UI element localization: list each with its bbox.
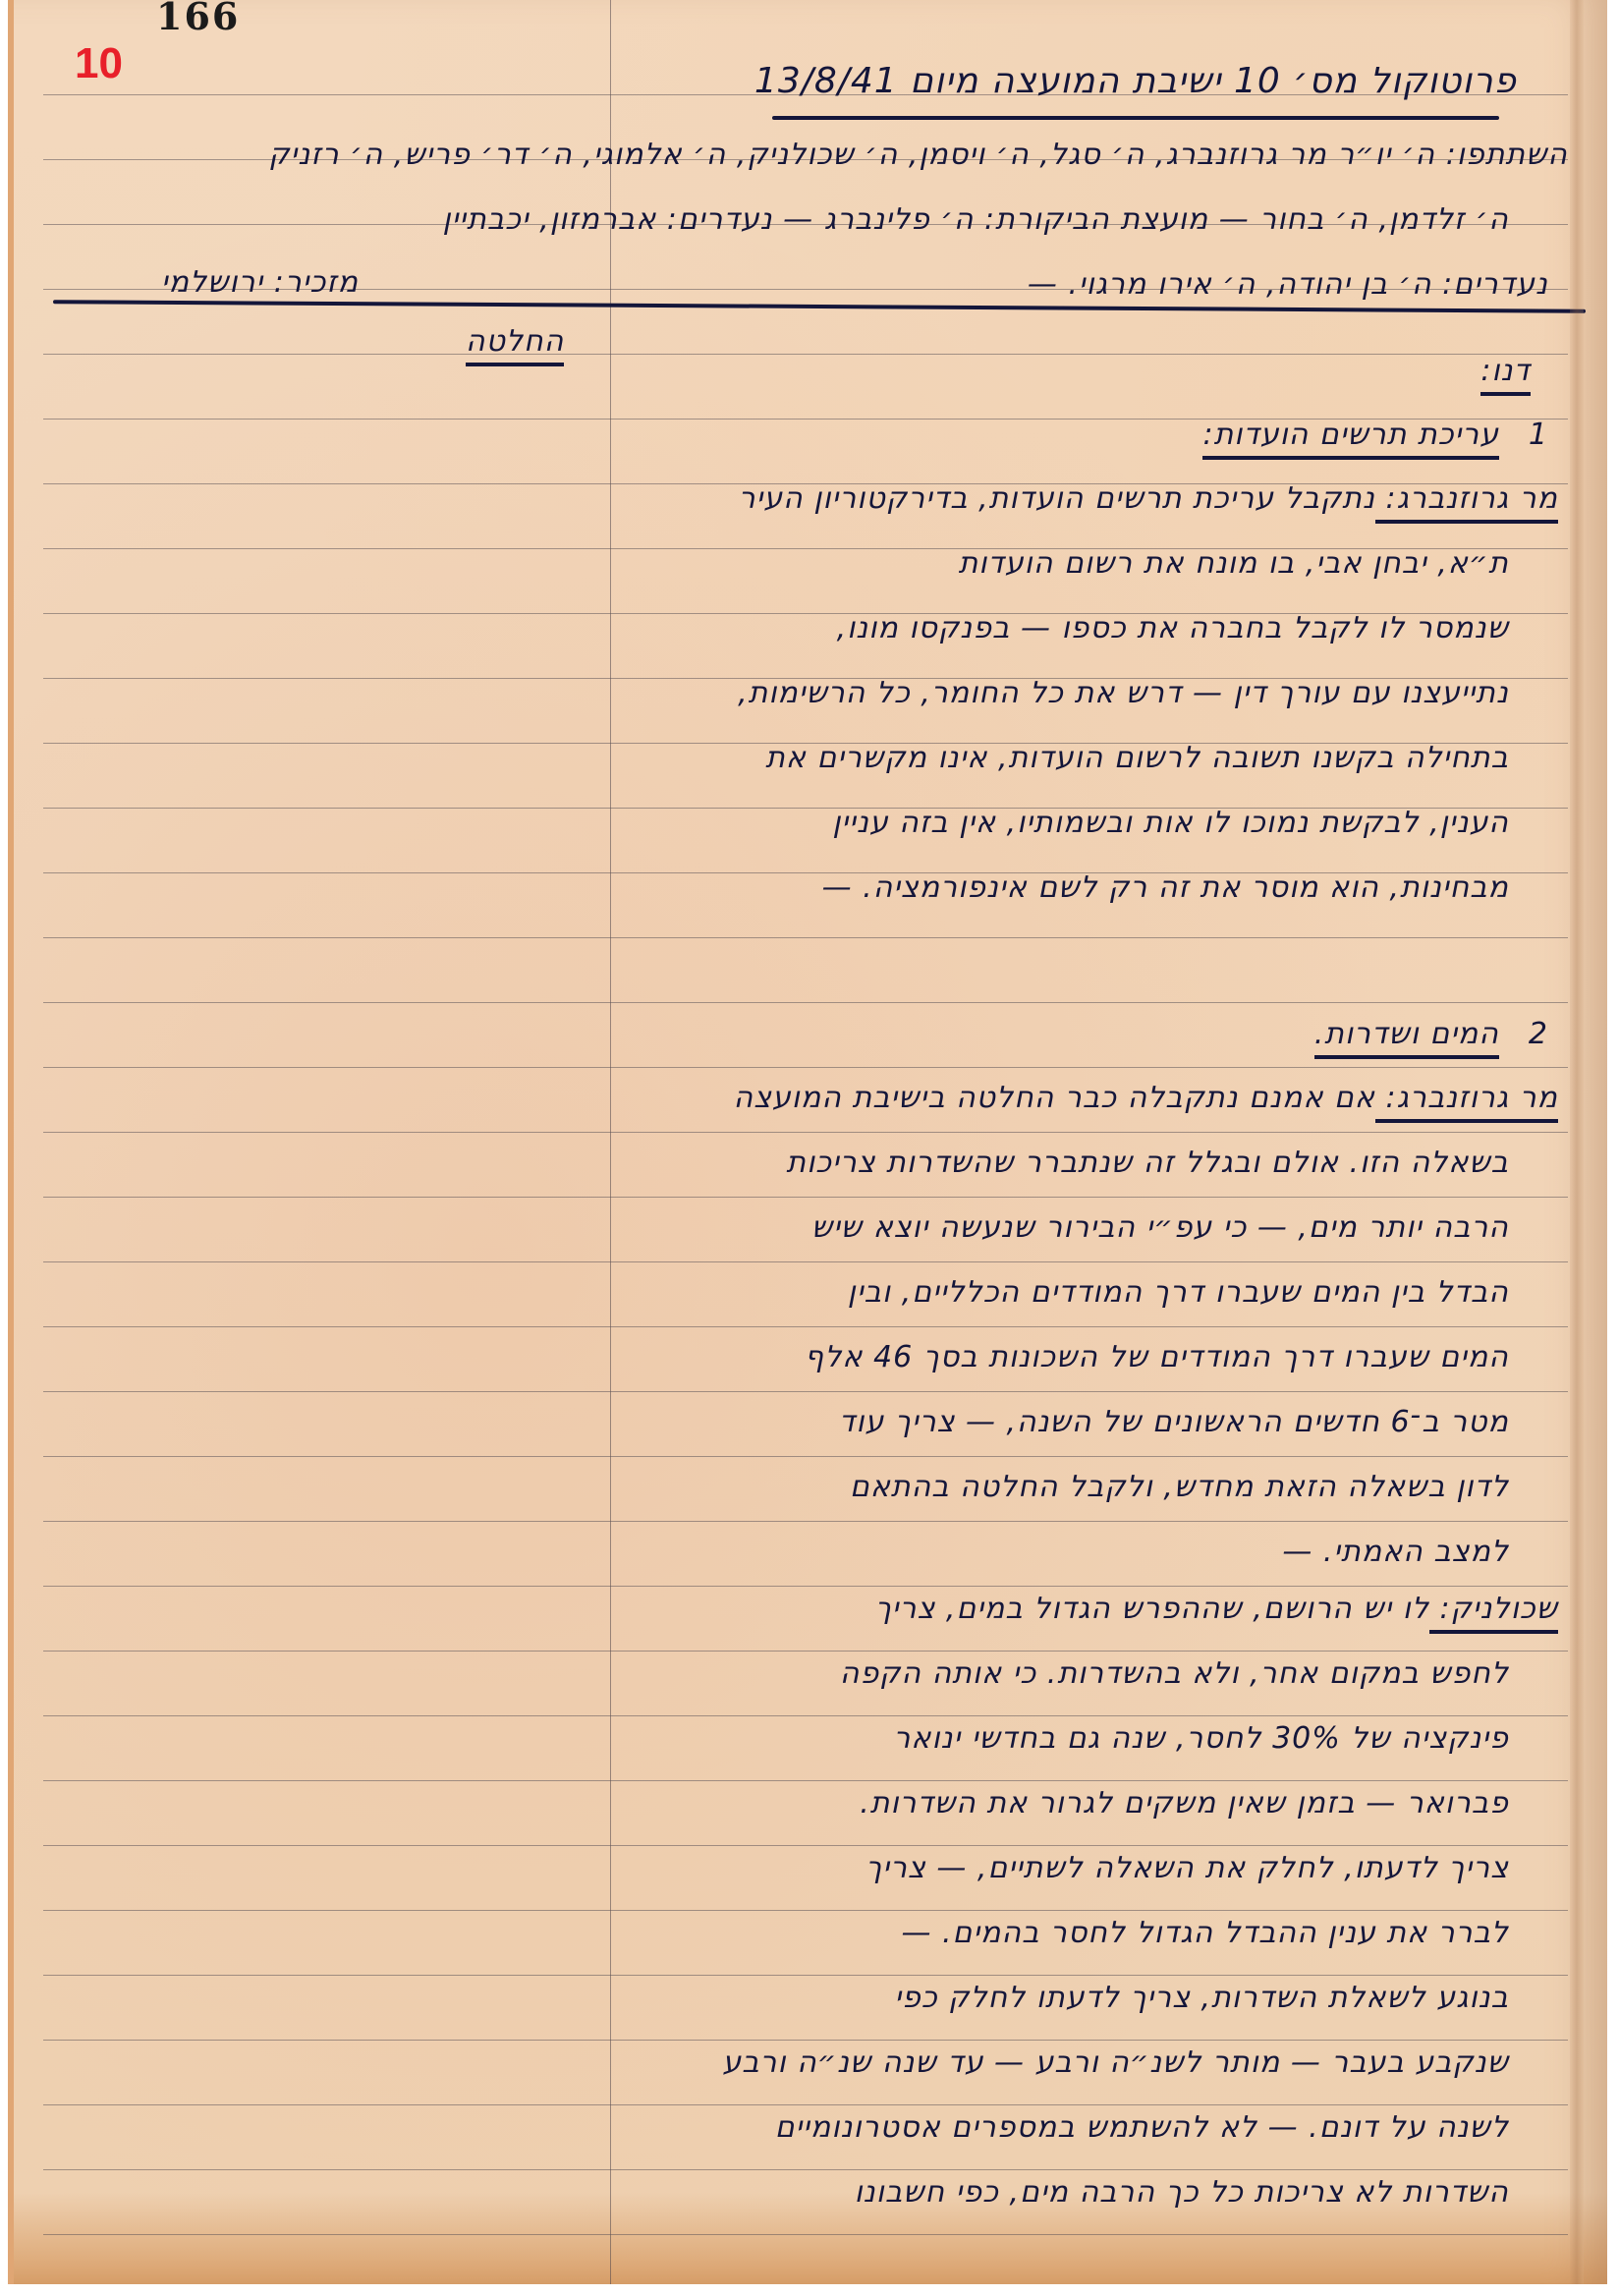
minutes-line: הבדל בין המים שעברו דרך המודדים הכלליים,… <box>848 1275 1509 1310</box>
document-title: פרוטוקול מס׳ 10 ישיבת המועצה מיום 13/8/4… <box>754 61 1517 101</box>
line-text: פברואר — בזמן שאין משקים לגרור את השדרות… <box>860 1786 1509 1820</box>
margin-line <box>610 0 611 2284</box>
line-text: הבדל בין המים שעברו דרך המודדים הכלליים,… <box>848 1275 1509 1310</box>
attendees-line-2: ה׳ זלדמן, ה׳ בחור — מועצת הביקורת: ה׳ פל… <box>443 202 1509 237</box>
ruled-line <box>43 1132 1568 1133</box>
minutes-line: למצב האמתי. — <box>1282 1535 1509 1569</box>
minutes-line: בנוגע לשאלת השדרות, צריך לדעתו לחלק כפי <box>894 1981 1509 2015</box>
page-number: 166 <box>156 0 240 38</box>
header-divider <box>53 300 1586 313</box>
ruled-line <box>43 1456 1568 1457</box>
line-text: ת״א, יבחן אבי, בו מונח את רשום הועדות <box>959 546 1509 581</box>
line-text: לחפש במקום אחר, ולא בהשדרות. כי אותה הקפ… <box>840 1656 1509 1691</box>
archive-label: 10 <box>75 39 123 88</box>
ruled-line <box>43 1197 1568 1198</box>
line-text: למצב האמתי. — <box>1282 1535 1509 1569</box>
minutes-line: בתחילה בקשנו תשובה לרשום הועדות, אינו מק… <box>765 741 1509 775</box>
minutes-line: לשנה על דונם. — לא להשתמש במספרים אסטרונ… <box>775 2110 1509 2145</box>
line-text: נתייעצנו עם עורך דין — דרש את כל החומר, … <box>738 676 1509 710</box>
line-text: השדרות לא צריכות כל כך הרבה מים, כפי חשב… <box>855 2175 1509 2210</box>
minutes-line: לחפש במקום אחר, ולא בהשדרות. כי אותה הקפ… <box>840 1656 1509 1691</box>
line-text: לדון בשאלה הזאת מחדש, ולקבל החלטה בהתאם <box>850 1470 1509 1504</box>
absent-line: נעדרים: ה׳ בן יהודה, ה׳ אירו מרגוי. — <box>1028 267 1548 302</box>
minutes-line: לדון בשאלה הזאת מחדש, ולקבל החלטה בהתאם <box>850 1470 1509 1504</box>
line-text: לשנה על דונם. — לא להשתמש במספרים אסטרונ… <box>775 2110 1509 2145</box>
ruled-line <box>43 1326 1568 1327</box>
minutes-line: שכולניק: לו יש הרושם, שההפרש הגדול במים,… <box>875 1592 1558 1626</box>
attendees-line-1: השתתפו: ה׳ יו״ר מר גרוזנברג, ה׳ סגל, ה׳ … <box>268 138 1568 172</box>
ruled-line <box>43 1780 1568 1781</box>
line-text: אם אמנם נתקבלה כבר החלטה בישיבת המועצה <box>734 1081 1375 1115</box>
line-text: לברר את ענין ההבדל הגדול לחסר בהמים. — <box>901 1916 1509 1950</box>
section-heading: המים ושדרות. <box>1314 1017 1499 1059</box>
section-heading: עריכת תרשים הועדות: <box>1202 418 1499 460</box>
minutes-line: מר גרוזנברג: אם אמנם נתקבלה כבר החלטה בי… <box>734 1081 1558 1115</box>
ruled-line <box>43 2234 1568 2235</box>
minutes-line: מבחינות, הוא מוסר את זה רק לשם אינפורמצי… <box>822 870 1509 905</box>
speaker-label: שכולניק: <box>1429 1592 1558 1634</box>
line-text: שנמסר לו לקבל בחברה את כספו — בפנקסו מונ… <box>837 611 1509 645</box>
minutes-line: הענין, לבקשת נמוכו לו אות ובשמותיו, אין … <box>832 806 1509 840</box>
ruled-line <box>43 2040 1568 2041</box>
ruled-line <box>43 1715 1568 1716</box>
ruled-line <box>43 1067 1568 1068</box>
title-underline <box>772 116 1499 120</box>
speaker-label: מר גרוזנברג: <box>1375 481 1558 524</box>
ruled-line <box>43 1261 1568 1262</box>
minutes-line: השדרות לא צריכות כל כך הרבה מים, כפי חשב… <box>855 2175 1509 2210</box>
minutes-line: הרבה יותר מים, — כי עפ״י הבירור שנעשה יו… <box>811 1210 1509 1245</box>
line-text: בנוגע לשאלת השדרות, צריך לדעתו לחלק כפי <box>894 1981 1509 2015</box>
minutes-line: המים שעברו דרך המודדים של השכונות בסך 46… <box>805 1340 1509 1374</box>
minutes-line: לברר את ענין ההבדל הגדול לחסר בהמים. — <box>901 1916 1509 1950</box>
ruled-line <box>43 1586 1568 1587</box>
ruled-line <box>43 1910 1568 1911</box>
line-text: פינקציה של 30% לחסר, שנה גם בחדשי ינואר <box>894 1721 1510 1756</box>
ruled-line <box>43 1391 1568 1392</box>
line-text: מטר ב־6 חדשים הראשונים של השנה, — צריך ע… <box>839 1405 1509 1439</box>
speaker-label: מר גרוזנברג: <box>1375 1081 1558 1123</box>
ruled-line <box>43 1845 1568 1846</box>
decision-label: החלטה <box>466 324 564 366</box>
line-text: שנקבע בעבר — מותר לשנ״ה ורבע — עד שנה שנ… <box>722 2045 1509 2080</box>
notebook-page: 166 10 פרוטוקול מס׳ 10 ישיבת המועצה מיום… <box>8 0 1607 2284</box>
ruled-line <box>43 2104 1568 2105</box>
line-text: הענין, לבקשת נמוכו לו אות ובשמותיו, אין … <box>832 806 1509 840</box>
minutes-line: ת״א, יבחן אבי, בו מונח את רשום הועדות <box>959 546 1509 581</box>
line-text: בתחילה בקשנו תשובה לרשום הועדות, אינו מק… <box>765 741 1509 775</box>
minutes-line: נתייעצנו עם עורך דין — דרש את כל החומר, … <box>738 676 1509 710</box>
ruled-line <box>43 354 1568 355</box>
line-text: הרבה יותר מים, — כי עפ״י הבירור שנעשה יו… <box>811 1210 1509 1245</box>
minutes-line: שנקבע בעבר — מותר לשנ״ה ורבע — עד שנה שנ… <box>722 2045 1509 2080</box>
minutes-line: בשאלה הזו. אולם ובגלל זה שנתברר שהשדרות … <box>786 1146 1509 1180</box>
section-number: 2 <box>1529 1017 1548 1051</box>
agenda-label: דנו: <box>1480 354 1531 396</box>
ruled-line <box>43 1651 1568 1652</box>
ruled-line <box>43 2169 1568 2170</box>
line-text: לו יש הרושם, שההפרש הגדול במים, צריך <box>875 1592 1429 1626</box>
section-number: 1 <box>1529 418 1548 452</box>
ruled-line <box>43 1521 1568 1522</box>
ruled-line <box>43 937 1568 938</box>
ruled-line <box>43 1975 1568 1976</box>
minutes-line: פינקציה של 30% לחסר, שנה גם בחדשי ינואר <box>894 1721 1510 1756</box>
minutes-line: פברואר — בזמן שאין משקים לגרור את השדרות… <box>860 1786 1509 1820</box>
line-text: נתקבל עריכת תרשים הועדות, בדירקטוריון הע… <box>739 481 1375 516</box>
line-text: המים שעברו דרך המודדים של השכונות בסך 46… <box>805 1340 1509 1374</box>
secretary: מזכיר: ירושלמי <box>161 265 359 300</box>
minutes-line: צריך לדעתו, לחלק את השאלה לשתיים, — צריך <box>865 1851 1509 1885</box>
minutes-line: מר גרוזנברג: נתקבל עריכת תרשים הועדות, ב… <box>739 481 1558 516</box>
minutes-line: שנמסר לו לקבל בחברה את כספו — בפנקסו מונ… <box>837 611 1509 645</box>
minutes-line: מטר ב־6 חדשים הראשונים של השנה, — צריך ע… <box>839 1405 1509 1439</box>
line-text: בשאלה הזו. אולם ובגלל זה שנתברר שהשדרות … <box>786 1146 1509 1180</box>
ruled-line <box>43 1002 1568 1003</box>
line-text: צריך לדעתו, לחלק את השאלה לשתיים, — צריך <box>865 1851 1509 1885</box>
line-text: מבחינות, הוא מוסר את זה רק לשם אינפורמצי… <box>822 870 1509 905</box>
